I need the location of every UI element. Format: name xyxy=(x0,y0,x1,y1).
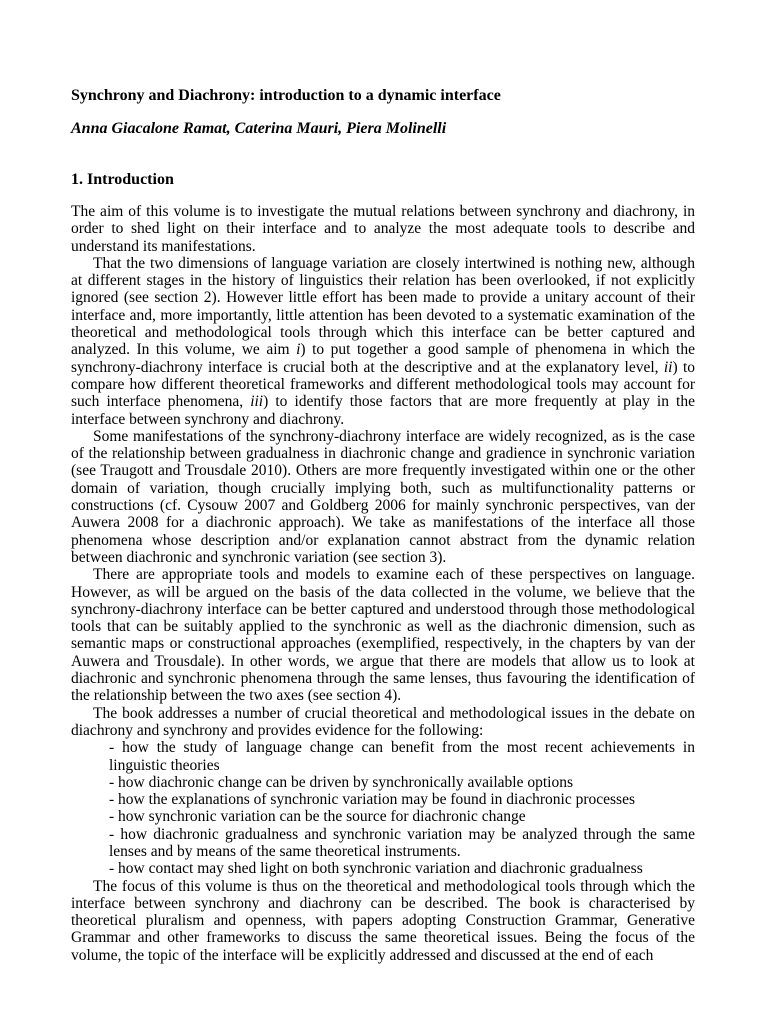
list-item: - how synchronic variation can be the so… xyxy=(71,808,695,825)
list-item: - how the study of language change can b… xyxy=(71,739,695,774)
document-body: The aim of this volume is to investigate… xyxy=(71,203,695,964)
paragraph: There are appropriate tools and models t… xyxy=(71,566,695,704)
paragraph: The focus of this volume is thus on the … xyxy=(71,878,695,964)
document-title: Synchrony and Diachrony: introduction to… xyxy=(71,86,695,105)
list-item: - how contact may shed light on both syn… xyxy=(71,860,695,877)
list-item: - how the explanations of synchronic var… xyxy=(71,791,695,808)
document-page: Synchrony and Diachrony: introduction to… xyxy=(0,0,768,1024)
paragraph: Some manifestations of the synchrony-dia… xyxy=(71,428,695,566)
section-heading: 1. Introduction xyxy=(71,170,695,189)
document-authors: Anna Giacalone Ramat, Caterina Mauri, Pi… xyxy=(71,119,695,138)
paragraph: That the two dimensions of language vari… xyxy=(71,255,695,428)
paragraph: The book addresses a number of crucial t… xyxy=(71,705,695,740)
paragraph: The aim of this volume is to investigate… xyxy=(71,203,695,255)
list-item: - how diachronic change can be driven by… xyxy=(71,774,695,791)
list-item: - how diachronic gradualness and synchro… xyxy=(71,826,695,861)
